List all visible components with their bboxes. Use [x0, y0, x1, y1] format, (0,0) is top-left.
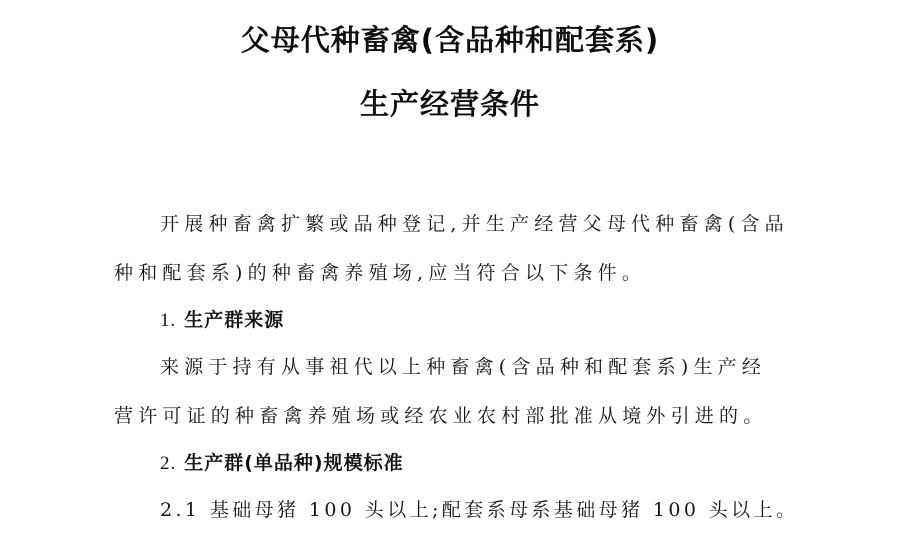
intro-paragraph-line-1: 开展种畜禽扩繁或品种登记,并生产经营父母代种畜禽(含品: [160, 209, 789, 236]
document-title: 父母代种畜禽(含品种和配套系): [0, 18, 900, 59]
section-2-1-item: 2.1 基础母猪 100 头以上;配套系母系基础母猪 100 头以上。: [160, 495, 798, 522]
section-1-heading: 1.生产群来源: [160, 305, 284, 332]
document-page: 父母代种畜禽(含品种和配套系) 生产经营条件 开展种畜禽扩繁或品种登记,并生产经…: [0, 0, 900, 534]
intro-paragraph-line-2: 种和配套系)的种畜禽养殖场,应当符合以下条件。: [114, 258, 646, 285]
section-1-body-line-2: 营许可证的种畜禽养殖场或经农业农村部批准从境外引进的。: [114, 401, 767, 428]
section-2-number: 2.: [160, 453, 176, 474]
document-subtitle: 生产经营条件: [0, 82, 900, 123]
section-1-body-line-1: 来源于持有从事祖代以上种畜禽(含品种和配套系)生产经: [160, 352, 766, 379]
section-2-heading: 2.生产群(单品种)规模标准: [160, 448, 404, 475]
section-2-title: 生产群(单品种)规模标准: [184, 452, 403, 474]
section-1-number: 1.: [160, 310, 176, 331]
section-1-title: 生产群来源: [184, 309, 284, 331]
